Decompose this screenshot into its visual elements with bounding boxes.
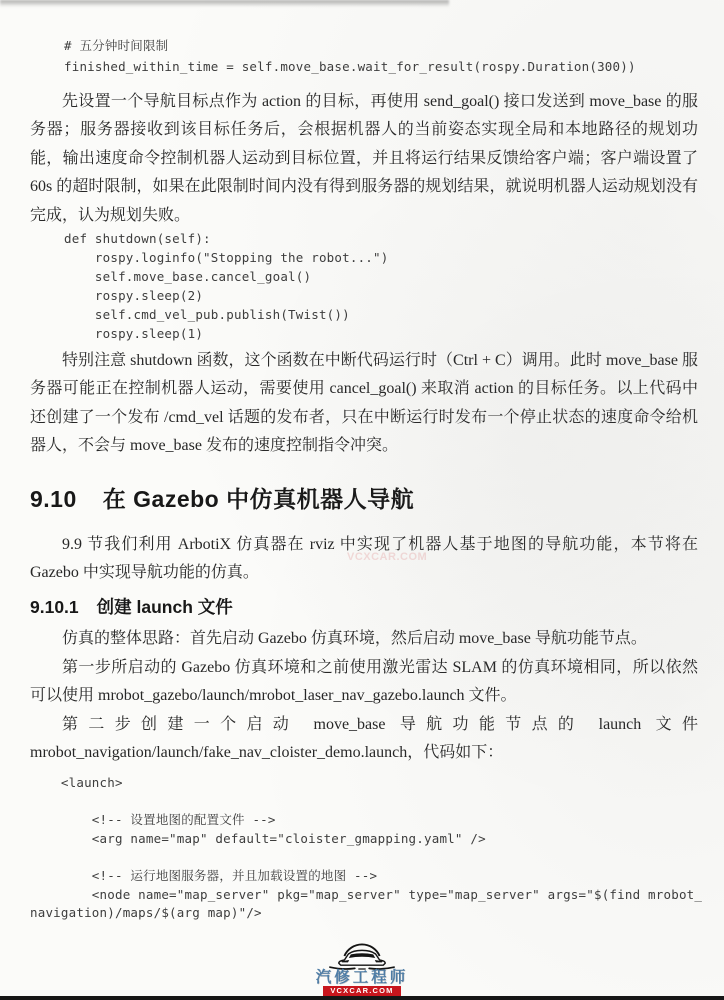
paragraph-send-goal: 先设置一个导航目标点作为 action 的目标，再使用 send_goal() … [30,88,698,230]
code-line: self.cmd_vel_pub.publish(Twist()) [64,305,724,324]
paragraph-sim-idea: 仿真的整体思路：首先启动 Gazebo 仿真环境，然后启动 move_base … [30,625,698,654]
book-page: # 五分钟时间限制 finished_within_time = self.mo… [0,0,724,1000]
section-heading-9-10: 9.10在 Gazebo 中仿真机器人导航 [30,481,414,514]
scan-artifact-top [0,0,449,7]
section-number: 9.10 [30,486,77,512]
code-line: rospy.sleep(1) [64,324,724,343]
subsection-heading-9-10-1: 9.10.1创建 launch 文件 [30,594,233,619]
code-line: <!-- 设置地图的配置文件 --> [30,811,724,830]
paragraph-shutdown-note: 特别注意 shutdown 函数，这个函数在中断代码运行时（Ctrl + C）调… [30,347,698,461]
publisher-logo: 汽修工程师 VCXCAR.COM [0,940,724,996]
code-line: <!-- 运行地图服务器，并且加载设置的地图 --> [30,867,724,886]
section-title: 在 Gazebo 中仿真机器人导航 [103,486,414,512]
code-block-launch-file: <launch> <!-- 设置地图的配置文件 --> <arg name="m… [0,774,724,923]
code-line: def shutdown(self): [64,229,724,248]
code-line: <launch> [30,774,724,793]
code-line: <arg name="map" default="cloister_gmappi… [30,830,724,849]
code-line [30,848,724,867]
brand-name: 汽修工程师 [316,970,409,985]
code-block-shutdown: def shutdown(self): rospy.loginfo("Stopp… [0,229,724,343]
code-block-timeout: # 五分钟时间限制 finished_within_time = self.mo… [0,36,724,77]
code-line: navigation)/maps/$(arg map)"/> [30,904,724,923]
code-line: <node name="map_server" pkg="map_server"… [30,886,724,905]
subsection-number: 9.10.1 [30,597,79,617]
page-bottom-bar [0,996,724,1000]
code-line: # 五分钟时间限制 [64,36,724,57]
paragraph-step2: 第二步创建一个启动 move_base 导航功能节点的 launch 文件 mr… [30,711,698,768]
paragraph-step1: 第一步所启动的 Gazebo 仿真环境和之前使用激光雷达 SLAM 的仿真环境相… [30,654,698,711]
code-line: finished_within_time = self.move_base.wa… [64,57,724,78]
paragraph-group-launch: 仿真的整体思路：首先启动 Gazebo 仿真环境，然后启动 move_base … [30,625,698,768]
brand-url-banner: VCXCAR.COM [323,986,400,996]
page-watermark: VCXCAR.COM [347,551,427,563]
subsection-title: 创建 launch 文件 [97,597,233,617]
code-line: rospy.sleep(2) [64,286,724,305]
code-line: rospy.loginfo("Stopping the robot...") [64,248,724,267]
car-icon [319,940,405,972]
code-line [30,793,724,812]
code-line: self.move_base.cancel_goal() [64,267,724,286]
